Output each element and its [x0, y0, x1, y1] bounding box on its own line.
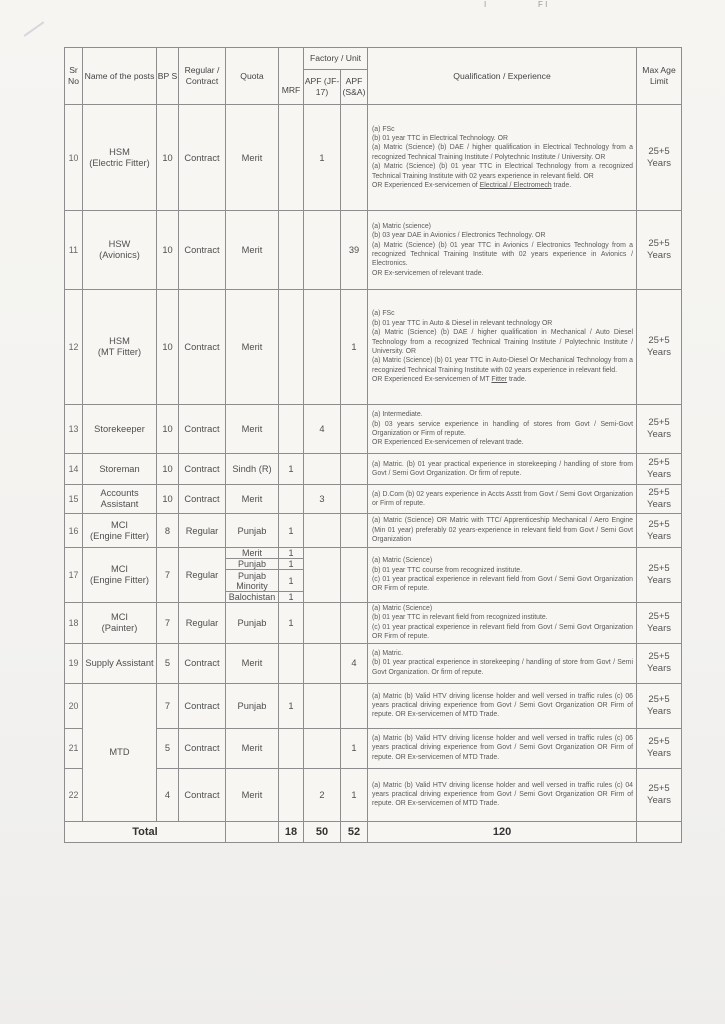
regular-contract-cell: Contract — [179, 643, 226, 683]
max-age-cell: 25+5Years — [637, 728, 682, 768]
max-age-cell: 25+5Years — [637, 290, 682, 405]
post-name-cell: Supply Assistant — [83, 643, 157, 683]
header-name: Name of the posts — [83, 48, 157, 105]
table-row: 10HSM(Electric Fitter)10ContractMerit1(a… — [65, 105, 682, 211]
table-row: 17MCI(Engine Fitter)7RegularMerit1(a) Ma… — [65, 548, 682, 559]
apf-sa-cell — [341, 683, 368, 728]
table-row: 19Supply Assistant5ContractMerit4(a) Mat… — [65, 643, 682, 683]
max-age-cell: 25+5Years — [637, 603, 682, 644]
mrf-cell — [279, 290, 304, 405]
header-sr-no: Sr No — [65, 48, 83, 105]
mrf-cell — [279, 768, 304, 821]
qualification-cell: (a) D.Com (b) 02 years experience in Acc… — [368, 485, 637, 514]
table-row: 13Storekeeper10ContractMerit4(a) Interme… — [65, 405, 682, 454]
bps-cell: 5 — [157, 643, 179, 683]
header-max-age: Max Age Limit — [637, 48, 682, 105]
sr-no-cell: 13 — [65, 405, 83, 454]
qualification-line: (b) 01 year TTC in Electrical Technology… — [372, 134, 633, 143]
apf-jf17-cell: 3 — [304, 485, 341, 514]
max-age-cell: 25+5Years — [637, 683, 682, 728]
sr-no-cell: 10 — [65, 105, 83, 211]
sr-no-cell: 22 — [65, 768, 83, 821]
qualification-line: (a) Matric (b) Valid HTV driving license… — [372, 781, 633, 809]
regular-contract-cell: Contract — [179, 454, 226, 485]
quota-cell: Punjab — [226, 559, 279, 570]
regular-contract-cell: Contract — [179, 485, 226, 514]
qualification-line: (b) 03 years service experience in handl… — [372, 420, 633, 439]
qualification-line: OR Experienced Ex-servicemen of relevant… — [372, 438, 633, 447]
qualification-line: (a) Matric. (b) 01 year practical experi… — [372, 460, 633, 479]
regular-contract-cell: Regular — [179, 548, 226, 603]
total-sa: 52 — [341, 821, 368, 842]
mrf-cell — [279, 105, 304, 211]
sr-no-cell: 18 — [65, 603, 83, 644]
header-qualification: Qualification / Experience — [368, 48, 637, 105]
apf-jf17-cell — [304, 514, 341, 548]
post-name-cell: MCI(Painter) — [83, 603, 157, 644]
post-name-cell: HSW(Avionics) — [83, 211, 157, 290]
quota-cell: Merit — [226, 548, 279, 559]
post-name-cell: Storekeeper — [83, 405, 157, 454]
regular-contract-cell: Contract — [179, 683, 226, 728]
quota-cell: Merit — [226, 105, 279, 211]
post-name-cell: HSM(MT Fitter) — [83, 290, 157, 405]
qualification-cell: (a) FSc(b) 01 year TTC in Auto & Diesel … — [368, 290, 637, 405]
quota-cell: Balochistan — [226, 592, 279, 603]
table-row: 15AccountsAssistant10ContractMerit3(a) D… — [65, 485, 682, 514]
mrf-cell — [279, 643, 304, 683]
regular-contract-cell: Contract — [179, 290, 226, 405]
regular-contract-cell: Contract — [179, 728, 226, 768]
apf-sa-cell — [341, 105, 368, 211]
qualification-line: (a) Matric. — [372, 649, 633, 658]
apf-sa-cell — [341, 603, 368, 644]
header-apf-jf17: APF (JF-17) — [304, 70, 341, 105]
max-age-cell: 25+5Years — [637, 454, 682, 485]
qualification-line: (a) Matric (Science) — [372, 604, 633, 613]
header-apf-sa: APF (S&A) — [341, 70, 368, 105]
scanned-page: I F I Sr No Name of the posts BP S Regul… — [0, 0, 725, 1024]
bps-cell: 7 — [157, 683, 179, 728]
qualification-line: (c) 01 year practical experience in rele… — [372, 575, 633, 594]
quota-cell: Merit — [226, 643, 279, 683]
quota-cell: Punjab — [226, 603, 279, 644]
sr-no-cell: 17 — [65, 548, 83, 603]
sr-no-cell: 12 — [65, 290, 83, 405]
bps-cell: 10 — [157, 290, 179, 405]
bps-cell: 7 — [157, 548, 179, 603]
regular-contract-cell: Contract — [179, 405, 226, 454]
total-mrf: 18 — [279, 821, 304, 842]
bps-cell: 5 — [157, 728, 179, 768]
qualification-line: (b) 01 year practical experience in stor… — [372, 658, 633, 677]
sr-no-cell: 15 — [65, 485, 83, 514]
qualification-line: (a) Matric (Science) — [372, 556, 633, 565]
apf-sa-cell — [341, 485, 368, 514]
qualification-cell: (a) Matric (b) Valid HTV driving license… — [368, 683, 637, 728]
apf-sa-cell — [341, 548, 368, 603]
mrf-cell: 1 — [279, 603, 304, 644]
apf-jf17-cell — [304, 603, 341, 644]
mrf-cell: 1 — [279, 514, 304, 548]
quota-cell: Merit — [226, 768, 279, 821]
table-row: 12HSM(MT Fitter)10ContractMerit1(a) FSc(… — [65, 290, 682, 405]
apf-jf17-cell — [304, 683, 341, 728]
mrf-cell — [279, 728, 304, 768]
qualification-line: (a) Matric (Science) (b) DAE / higher qu… — [372, 143, 633, 162]
regular-contract-cell: Contract — [179, 105, 226, 211]
qualification-line: (b) 01 year TTC course from recognized i… — [372, 566, 633, 575]
max-age-cell: 25+5Years — [637, 211, 682, 290]
apf-jf17-cell — [304, 548, 341, 603]
post-name-cell: MCI(Engine Fitter) — [83, 548, 157, 603]
header-quota: Quota — [226, 48, 279, 105]
apf-jf17-cell — [304, 728, 341, 768]
qualification-cell: (a) Matric (science)(b) 03 year DAE in A… — [368, 211, 637, 290]
qualification-line: (b) 01 year TTC in Auto & Diesel in rele… — [372, 319, 633, 328]
total-row: Total 18 50 52 120 — [65, 821, 682, 842]
qualification-line: (a) Matric (b) Valid HTV driving license… — [372, 734, 633, 762]
regular-contract-cell: Contract — [179, 768, 226, 821]
qualification-cell: (a) Matric. (b) 01 year practical experi… — [368, 454, 637, 485]
mrf-cell: 1 — [279, 559, 304, 570]
apf-jf17-cell — [304, 643, 341, 683]
regular-contract-cell: Contract — [179, 211, 226, 290]
apf-jf17-cell: 1 — [304, 105, 341, 211]
apf-jf17-cell — [304, 211, 341, 290]
qualification-line: (c) 01 year practical experience in rele… — [372, 623, 633, 642]
mrf-cell: 1 — [279, 592, 304, 603]
max-age-cell: 25+5Years — [637, 485, 682, 514]
max-age-cell: 25+5Years — [637, 548, 682, 603]
quota-cell: Sindh (R) — [226, 454, 279, 485]
table-row: 14Storeman10ContractSindh (R)1(a) Matric… — [65, 454, 682, 485]
qualification-cell: (a) Matric (b) Valid HTV driving license… — [368, 768, 637, 821]
quota-cell: Merit — [226, 211, 279, 290]
apf-sa-cell — [341, 405, 368, 454]
qualification-line: (a) FSc — [372, 309, 633, 318]
quota-cell: Punjab Minority — [226, 570, 279, 592]
post-name-cell: HSM(Electric Fitter) — [83, 105, 157, 211]
qualification-cell: (a) Matric (Science) OR Matric with TTC/… — [368, 514, 637, 548]
qualification-line: (a) Matric (Science) (b) 01 year TTC in … — [372, 241, 633, 269]
table-row: 215ContractMerit1(a) Matric (b) Valid HT… — [65, 728, 682, 768]
apf-jf17-cell: 2 — [304, 768, 341, 821]
vacancy-table: Sr No Name of the posts BP S Regular / C… — [64, 47, 682, 843]
apf-sa-cell: 4 — [341, 643, 368, 683]
sr-no-cell: 16 — [65, 514, 83, 548]
total-quota-empty — [226, 821, 279, 842]
apf-jf17-cell — [304, 290, 341, 405]
qualification-cell: (a) Matric (Science)(b) 01 year TTC in r… — [368, 603, 637, 644]
mrf-cell: 1 — [279, 683, 304, 728]
mrf-cell — [279, 485, 304, 514]
qualification-line: (a) Matric (Science) OR Matric with TTC/… — [372, 516, 633, 544]
apf-jf17-cell — [304, 454, 341, 485]
qualification-cell: (a) Matric (b) Valid HTV driving license… — [368, 728, 637, 768]
apf-sa-cell: 1 — [341, 768, 368, 821]
header-mrf: MRF — [279, 48, 304, 105]
table-row: 224ContractMerit21(a) Matric (b) Valid H… — [65, 768, 682, 821]
mrf-cell: 1 — [279, 454, 304, 485]
bps-cell: 4 — [157, 768, 179, 821]
mrf-cell — [279, 405, 304, 454]
total-age-empty — [637, 821, 682, 842]
qualification-line: (a) Intermediate. — [372, 410, 633, 419]
quota-cell: Punjab — [226, 683, 279, 728]
qualification-line: (a) D.Com (b) 02 years experience in Acc… — [372, 490, 633, 509]
qualification-cell: (a) FSc(b) 01 year TTC in Electrical Tec… — [368, 105, 637, 211]
max-age-cell: 25+5Years — [637, 643, 682, 683]
max-age-cell: 25+5Years — [637, 405, 682, 454]
quota-cell: Merit — [226, 728, 279, 768]
apf-sa-cell: 1 — [341, 728, 368, 768]
bps-cell: 8 — [157, 514, 179, 548]
quota-cell: Merit — [226, 290, 279, 405]
max-age-cell: 25+5Years — [637, 105, 682, 211]
page-mark: I — [484, 0, 486, 9]
post-name-cell: AccountsAssistant — [83, 485, 157, 514]
quota-cell: Merit — [226, 485, 279, 514]
post-name-cell: Storeman — [83, 454, 157, 485]
mrf-cell — [279, 211, 304, 290]
qualification-line: (a) Matric (science) — [372, 222, 633, 231]
post-name-cell: MCI(Engine Fitter) — [83, 514, 157, 548]
apf-sa-cell — [341, 514, 368, 548]
sr-no-cell: 20 — [65, 683, 83, 728]
qualification-line: OR Ex-servicemen of relevant trade. — [372, 269, 633, 278]
qualification-line: (a) Matric (Science) (b) DAE / higher qu… — [372, 328, 633, 356]
bps-cell: 10 — [157, 454, 179, 485]
apf-sa-cell: 1 — [341, 290, 368, 405]
qualification-cell: (a) Intermediate.(b) 03 years service ex… — [368, 405, 637, 454]
table-row: 16MCI(Engine Fitter)8RegularPunjab1(a) M… — [65, 514, 682, 548]
table-row: 11HSW(Avionics)10ContractMerit39(a) Matr… — [65, 211, 682, 290]
regular-contract-cell: Regular — [179, 603, 226, 644]
total-jf17: 50 — [304, 821, 341, 842]
table-row: 20MTD7ContractPunjab1(a) Matric (b) Vali… — [65, 683, 682, 728]
grand-total: 120 — [368, 821, 637, 842]
bps-cell: 7 — [157, 603, 179, 644]
apf-sa-cell — [341, 454, 368, 485]
table-row: 18MCI(Painter)7RegularPunjab1(a) Matric … — [65, 603, 682, 644]
qualification-line: OR Experienced Ex-servicemen of Electric… — [372, 181, 633, 190]
bps-cell: 10 — [157, 211, 179, 290]
qualification-line: (a) Matric (Science) (b) 01 year TTC in … — [372, 356, 633, 375]
total-label: Total — [65, 821, 226, 842]
sr-no-cell: 21 — [65, 728, 83, 768]
post-name-cell: MTD — [83, 683, 157, 821]
max-age-cell: 25+5Years — [637, 514, 682, 548]
qualification-line: (b) 03 year DAE in Avionics / Electronic… — [372, 231, 633, 240]
quota-cell: Punjab — [226, 514, 279, 548]
page-mark: F I — [538, 0, 547, 9]
qualification-line: OR Experienced Ex-servicemen of MT Fitte… — [372, 375, 633, 384]
qualification-line: (a) Matric (Science) (b) 01 year TTC in … — [372, 162, 633, 181]
mrf-cell: 1 — [279, 570, 304, 592]
regular-contract-cell: Regular — [179, 514, 226, 548]
sr-no-cell: 11 — [65, 211, 83, 290]
sr-no-cell: 14 — [65, 454, 83, 485]
bps-cell: 10 — [157, 485, 179, 514]
quota-cell: Merit — [226, 405, 279, 454]
qualification-cell: (a) Matric.(b) 01 year practical experie… — [368, 643, 637, 683]
qualification-line: (b) 01 year TTC in relevant field from r… — [372, 613, 633, 622]
bps-cell: 10 — [157, 105, 179, 211]
header-row: Sr No Name of the posts BP S Regular / C… — [65, 48, 682, 70]
sr-no-cell: 19 — [65, 643, 83, 683]
mrf-cell: 1 — [279, 548, 304, 559]
qualification-cell: (a) Matric (Science)(b) 01 year TTC cour… — [368, 548, 637, 603]
apf-jf17-cell: 4 — [304, 405, 341, 454]
apf-sa-cell: 39 — [341, 211, 368, 290]
header-bps: BP S — [157, 48, 179, 105]
bps-cell: 10 — [157, 405, 179, 454]
header-factory-unit: Factory / Unit — [304, 48, 368, 70]
header-regular-contract: Regular / Contract — [179, 48, 226, 105]
qualification-line: (a) Matric (b) Valid HTV driving license… — [372, 692, 633, 720]
qualification-line: (a) FSc — [372, 125, 633, 134]
scan-artifact — [24, 21, 45, 36]
max-age-cell: 25+5Years — [637, 768, 682, 821]
